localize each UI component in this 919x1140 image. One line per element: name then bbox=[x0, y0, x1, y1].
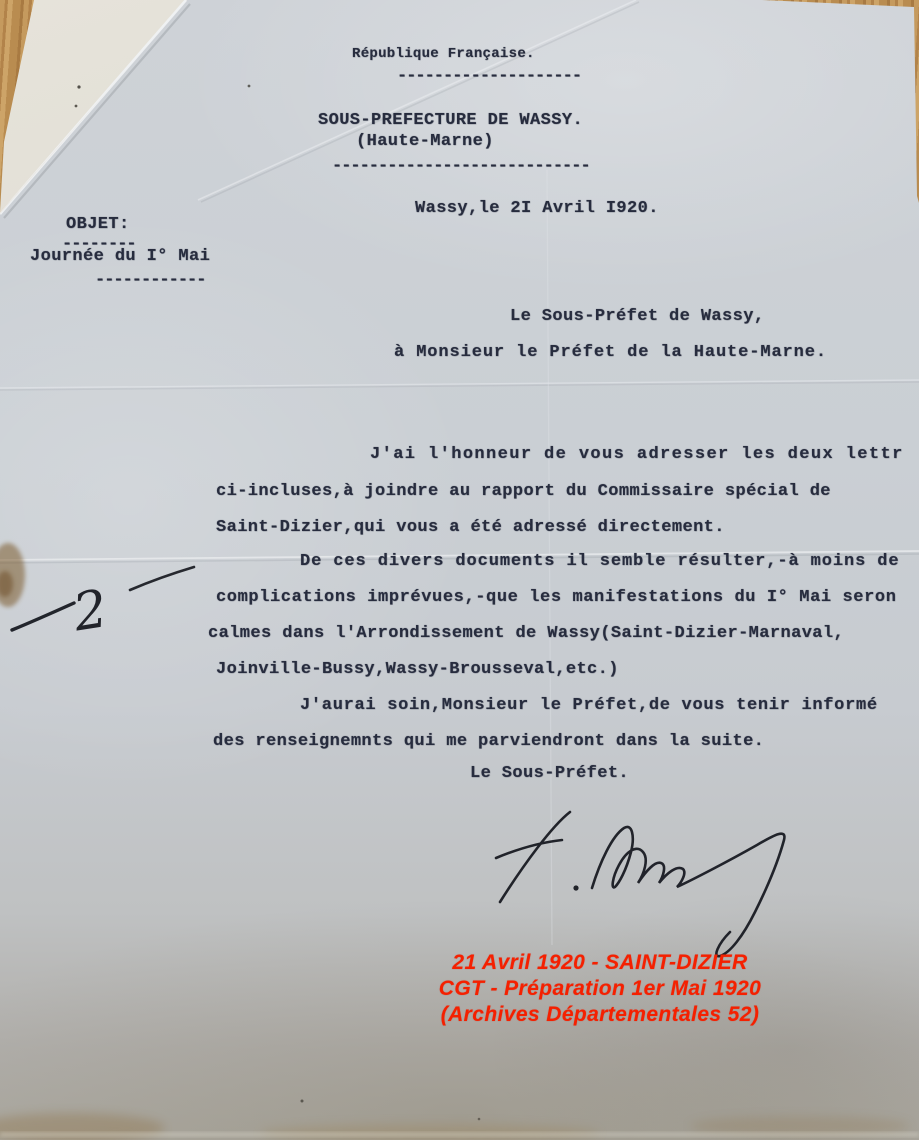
recipient-line: Le Sous-Préfet de Wassy, bbox=[510, 306, 764, 328]
republic-title: République Française. bbox=[352, 43, 535, 65]
caption-line-1: 21 Avril 1920 - SAINT-DIZIER bbox=[290, 950, 910, 976]
caption-line-2: CGT - Préparation 1er Mai 1920 bbox=[290, 976, 910, 1002]
dateline: Wassy,le 2I Avril I920. bbox=[415, 198, 659, 220]
scanned-letter-photo: { "letterhead": { "republic_line": "Répu… bbox=[0, 0, 919, 1140]
body-line: calmes dans l'Arrondissement de Wassy(Sa… bbox=[208, 623, 844, 645]
body-line: Joinville-Bussy,Wassy-Brousseval,etc.) bbox=[216, 659, 619, 681]
subject-value-rule: ------------ bbox=[95, 270, 205, 292]
office-department: (Haute-Marne) bbox=[356, 131, 494, 153]
archive-caption: 21 Avril 1920 - SAINT-DIZIER CGT - Prépa… bbox=[290, 950, 910, 1028]
letterhead-rule-bottom: ---------------------------- bbox=[332, 156, 590, 178]
body-line: Saint-Dizier,qui vous a été adressé dire… bbox=[216, 517, 725, 539]
caption-line-3: (Archives Départementales 52) bbox=[290, 1002, 910, 1028]
body-line: De ces divers documents il semble résult… bbox=[300, 551, 900, 573]
body-line: complications imprévues,-que les manifes… bbox=[216, 587, 897, 609]
subject-value: Journée du I° Mai bbox=[30, 246, 210, 268]
letterhead-rule-top: -------------------- bbox=[397, 66, 581, 88]
body-line: des renseignemnts qui me parviendront da… bbox=[213, 731, 764, 753]
subject-label: OBJET: bbox=[66, 214, 130, 236]
body-line: J'ai l'honneur de vous adresser les deux… bbox=[370, 444, 904, 466]
office-name: SOUS-PREFECTURE DE WASSY. bbox=[318, 110, 583, 132]
recipient-line: à Monsieur le Préfet de la Haute-Marne. bbox=[394, 342, 827, 364]
body-line: J'aurai soin,Monsieur le Préfet,de vous … bbox=[300, 695, 878, 717]
closing-line: Le Sous-Préfet. bbox=[470, 763, 629, 785]
body-line: ci-incluses,à joindre au rapport du Comm… bbox=[216, 481, 831, 503]
